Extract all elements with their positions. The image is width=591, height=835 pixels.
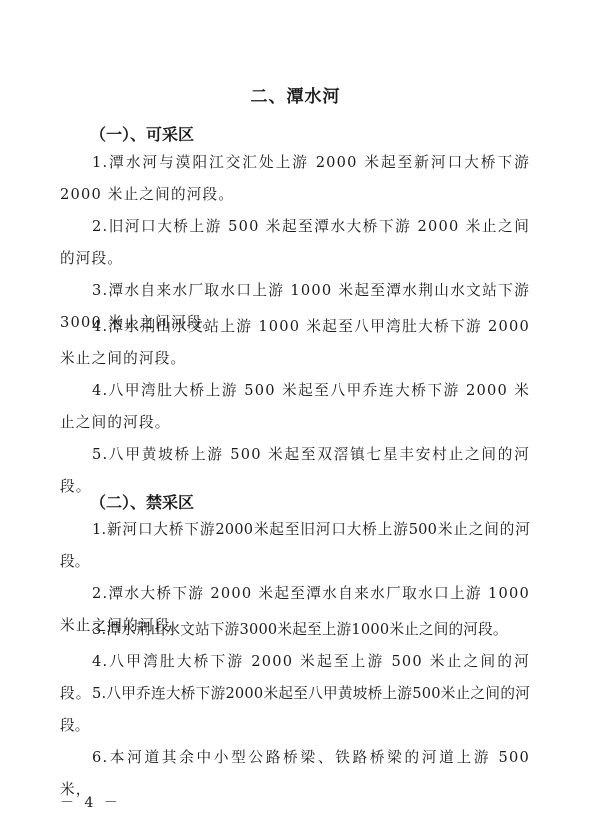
- paragraph: 5.八甲乔连大桥下游2000米起至八甲黄坡桥上游500米止之间的河段。: [60, 678, 530, 742]
- document-page: 二、潭水河 （一）、可采区 1.潭水河与漠阳江交汇处上游 2000 米起至新河口…: [0, 0, 591, 835]
- paragraph: 4.潭水荆山水文站上游 1000 米起至八甲湾肚大桥下游 2000 米止之间的河…: [60, 311, 530, 375]
- page-number: － 4 －: [60, 792, 121, 812]
- paragraph: 2.旧河口大桥上游 500 米起至潭水大桥下游 2000 米止之间的河段。: [60, 211, 530, 275]
- section-heading-mining-allowed: （一）、可采区: [90, 122, 194, 145]
- paragraph: 3.潭水荆山水文站下游3000米起至上游1000米止之间的河段。: [60, 614, 530, 646]
- paragraph: 1.潭水河与漠阳江交汇处上游 2000 米起至新河口大桥下游 2000 米止之间…: [60, 147, 530, 211]
- paragraph: 1.新河口大桥下游2000米起至旧河口大桥上游500米止之间的河段。: [60, 514, 530, 578]
- section-heading-mining-prohibited: （二）、禁采区: [90, 490, 194, 513]
- paragraph: 4.八甲湾肚大桥上游 500 米起至八甲乔连大桥下游 2000 米止之间的河段。: [60, 375, 530, 439]
- page-title: 二、潭水河: [0, 82, 591, 107]
- paragraph: 6.本河道其余中小型公路桥梁、铁路桥梁的河道上游 500 米，: [60, 742, 530, 806]
